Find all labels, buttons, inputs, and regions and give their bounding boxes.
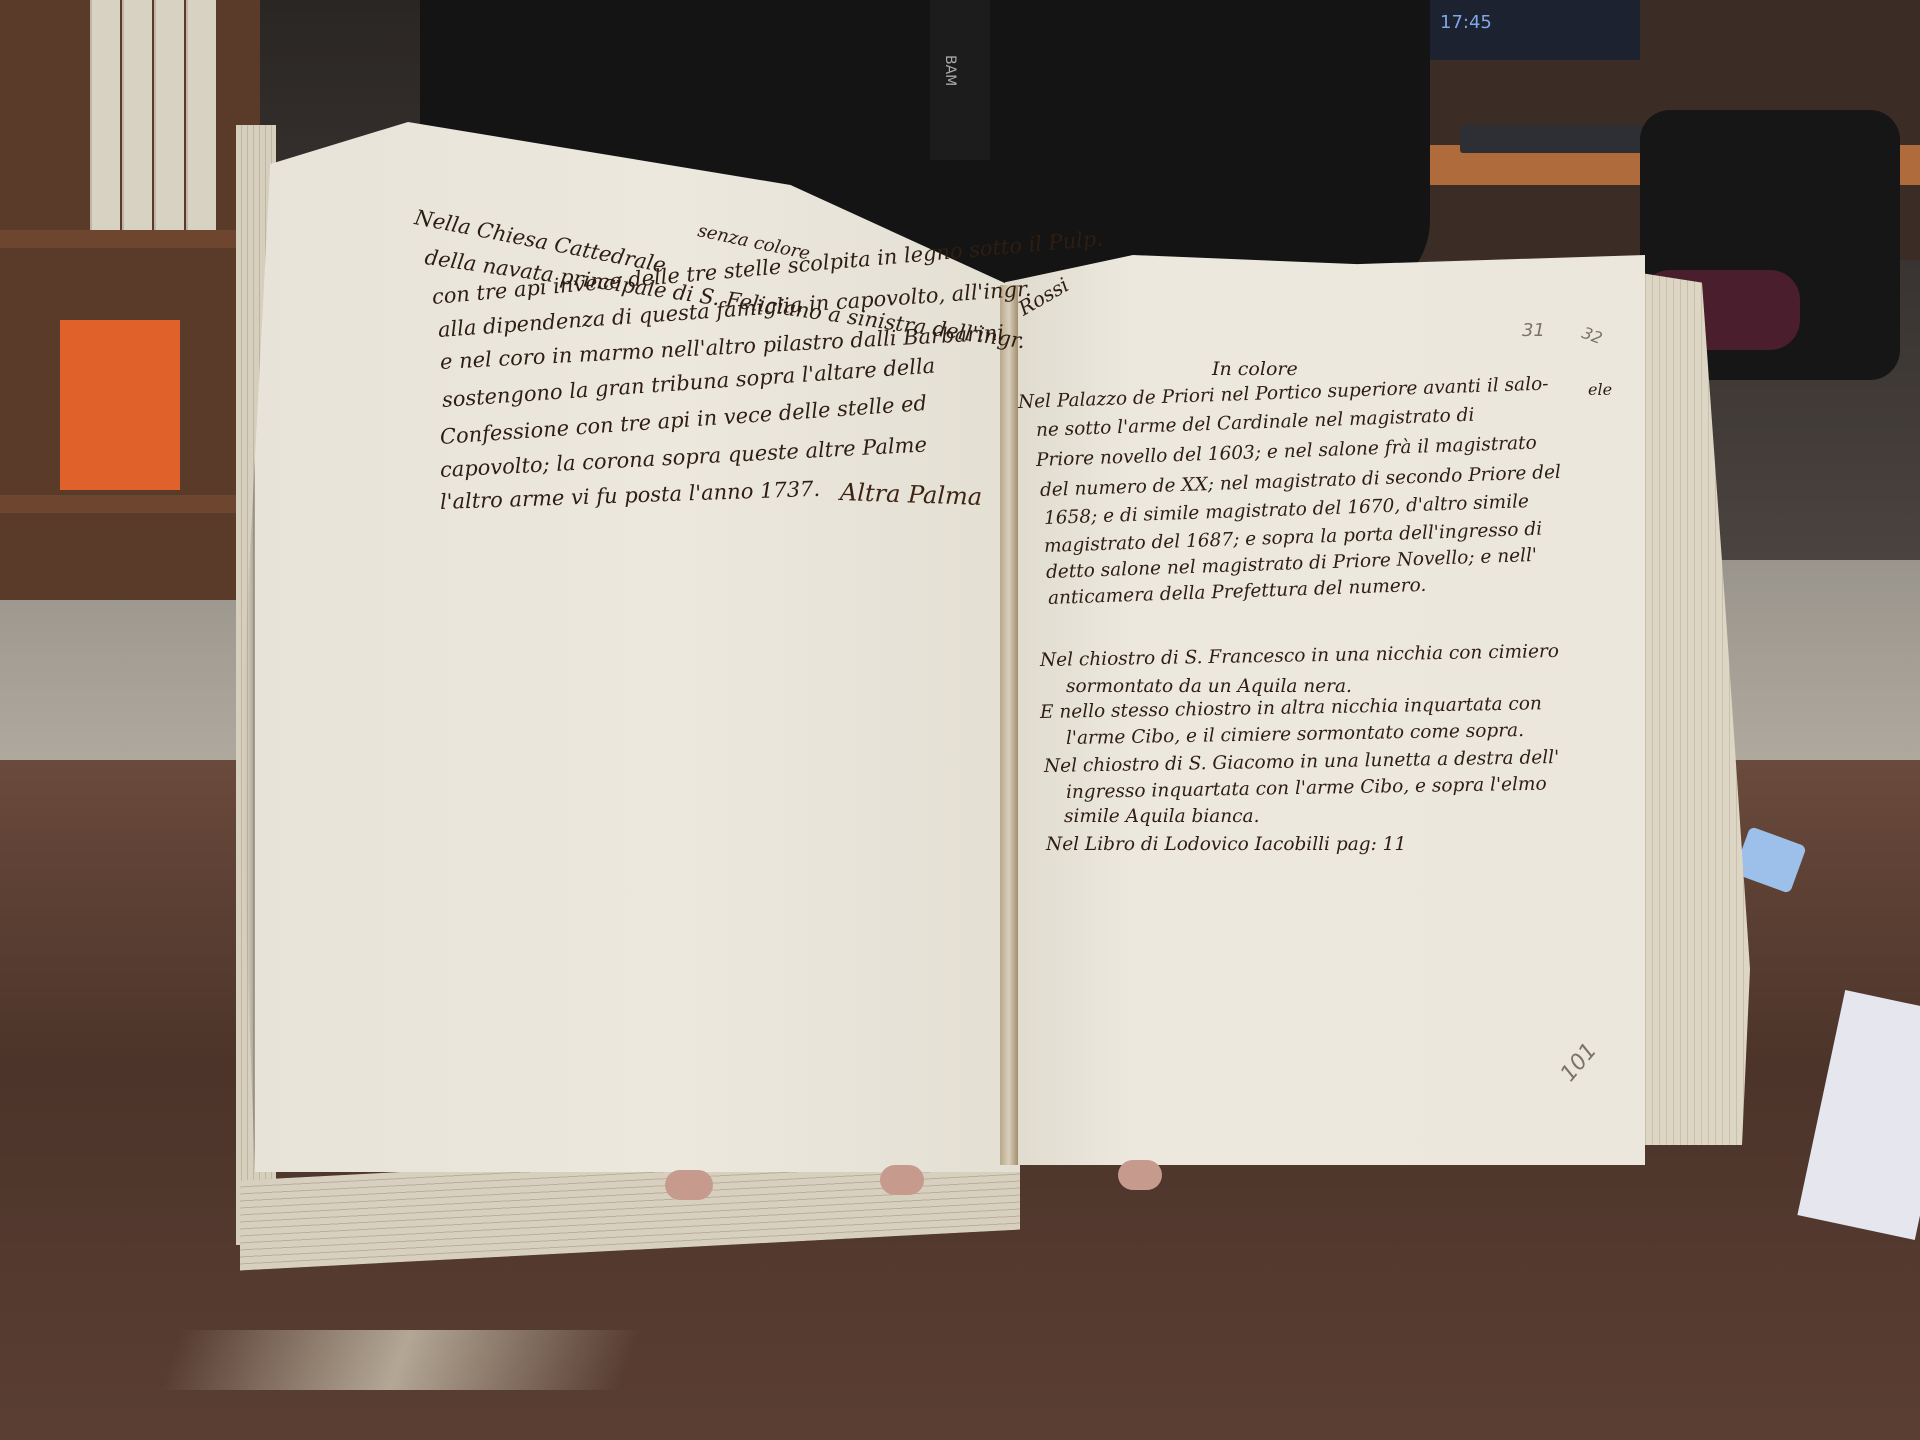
edge-word: ele: [1588, 380, 1612, 399]
book-gutter: [1000, 285, 1018, 1165]
keyboard: [1460, 125, 1650, 153]
orange-box: [60, 320, 180, 490]
pencil-page-number: 31: [1522, 320, 1545, 341]
binder: [154, 0, 184, 230]
handwritten-line: simile Aquila bianca.: [1064, 806, 1259, 827]
handwritten-line: sormontato da un Aquila nera.: [1066, 676, 1352, 697]
monitor-clock: 17:45: [1440, 12, 1492, 33]
binder: [122, 0, 152, 230]
binder: [186, 0, 216, 230]
light-reflection: [159, 1330, 641, 1390]
photo-scene: 17:45 BAM senza colore Nella Chiesa Catt…: [0, 0, 1920, 1440]
lanyard: [930, 0, 990, 160]
binder: [90, 0, 120, 230]
lanyard-text: BAM: [942, 55, 958, 86]
shelf-board: [0, 495, 260, 513]
handwritten-line: Nel Libro di Lodovico Iacobilli pag: 11: [1046, 834, 1406, 855]
shelf-board: [0, 230, 260, 248]
finger: [880, 1165, 924, 1195]
signature: Altra Palma: [840, 478, 983, 511]
section-heading: In colore: [1212, 358, 1298, 380]
bookshelf: [0, 0, 260, 600]
finger: [1118, 1160, 1162, 1190]
finger: [665, 1170, 713, 1200]
